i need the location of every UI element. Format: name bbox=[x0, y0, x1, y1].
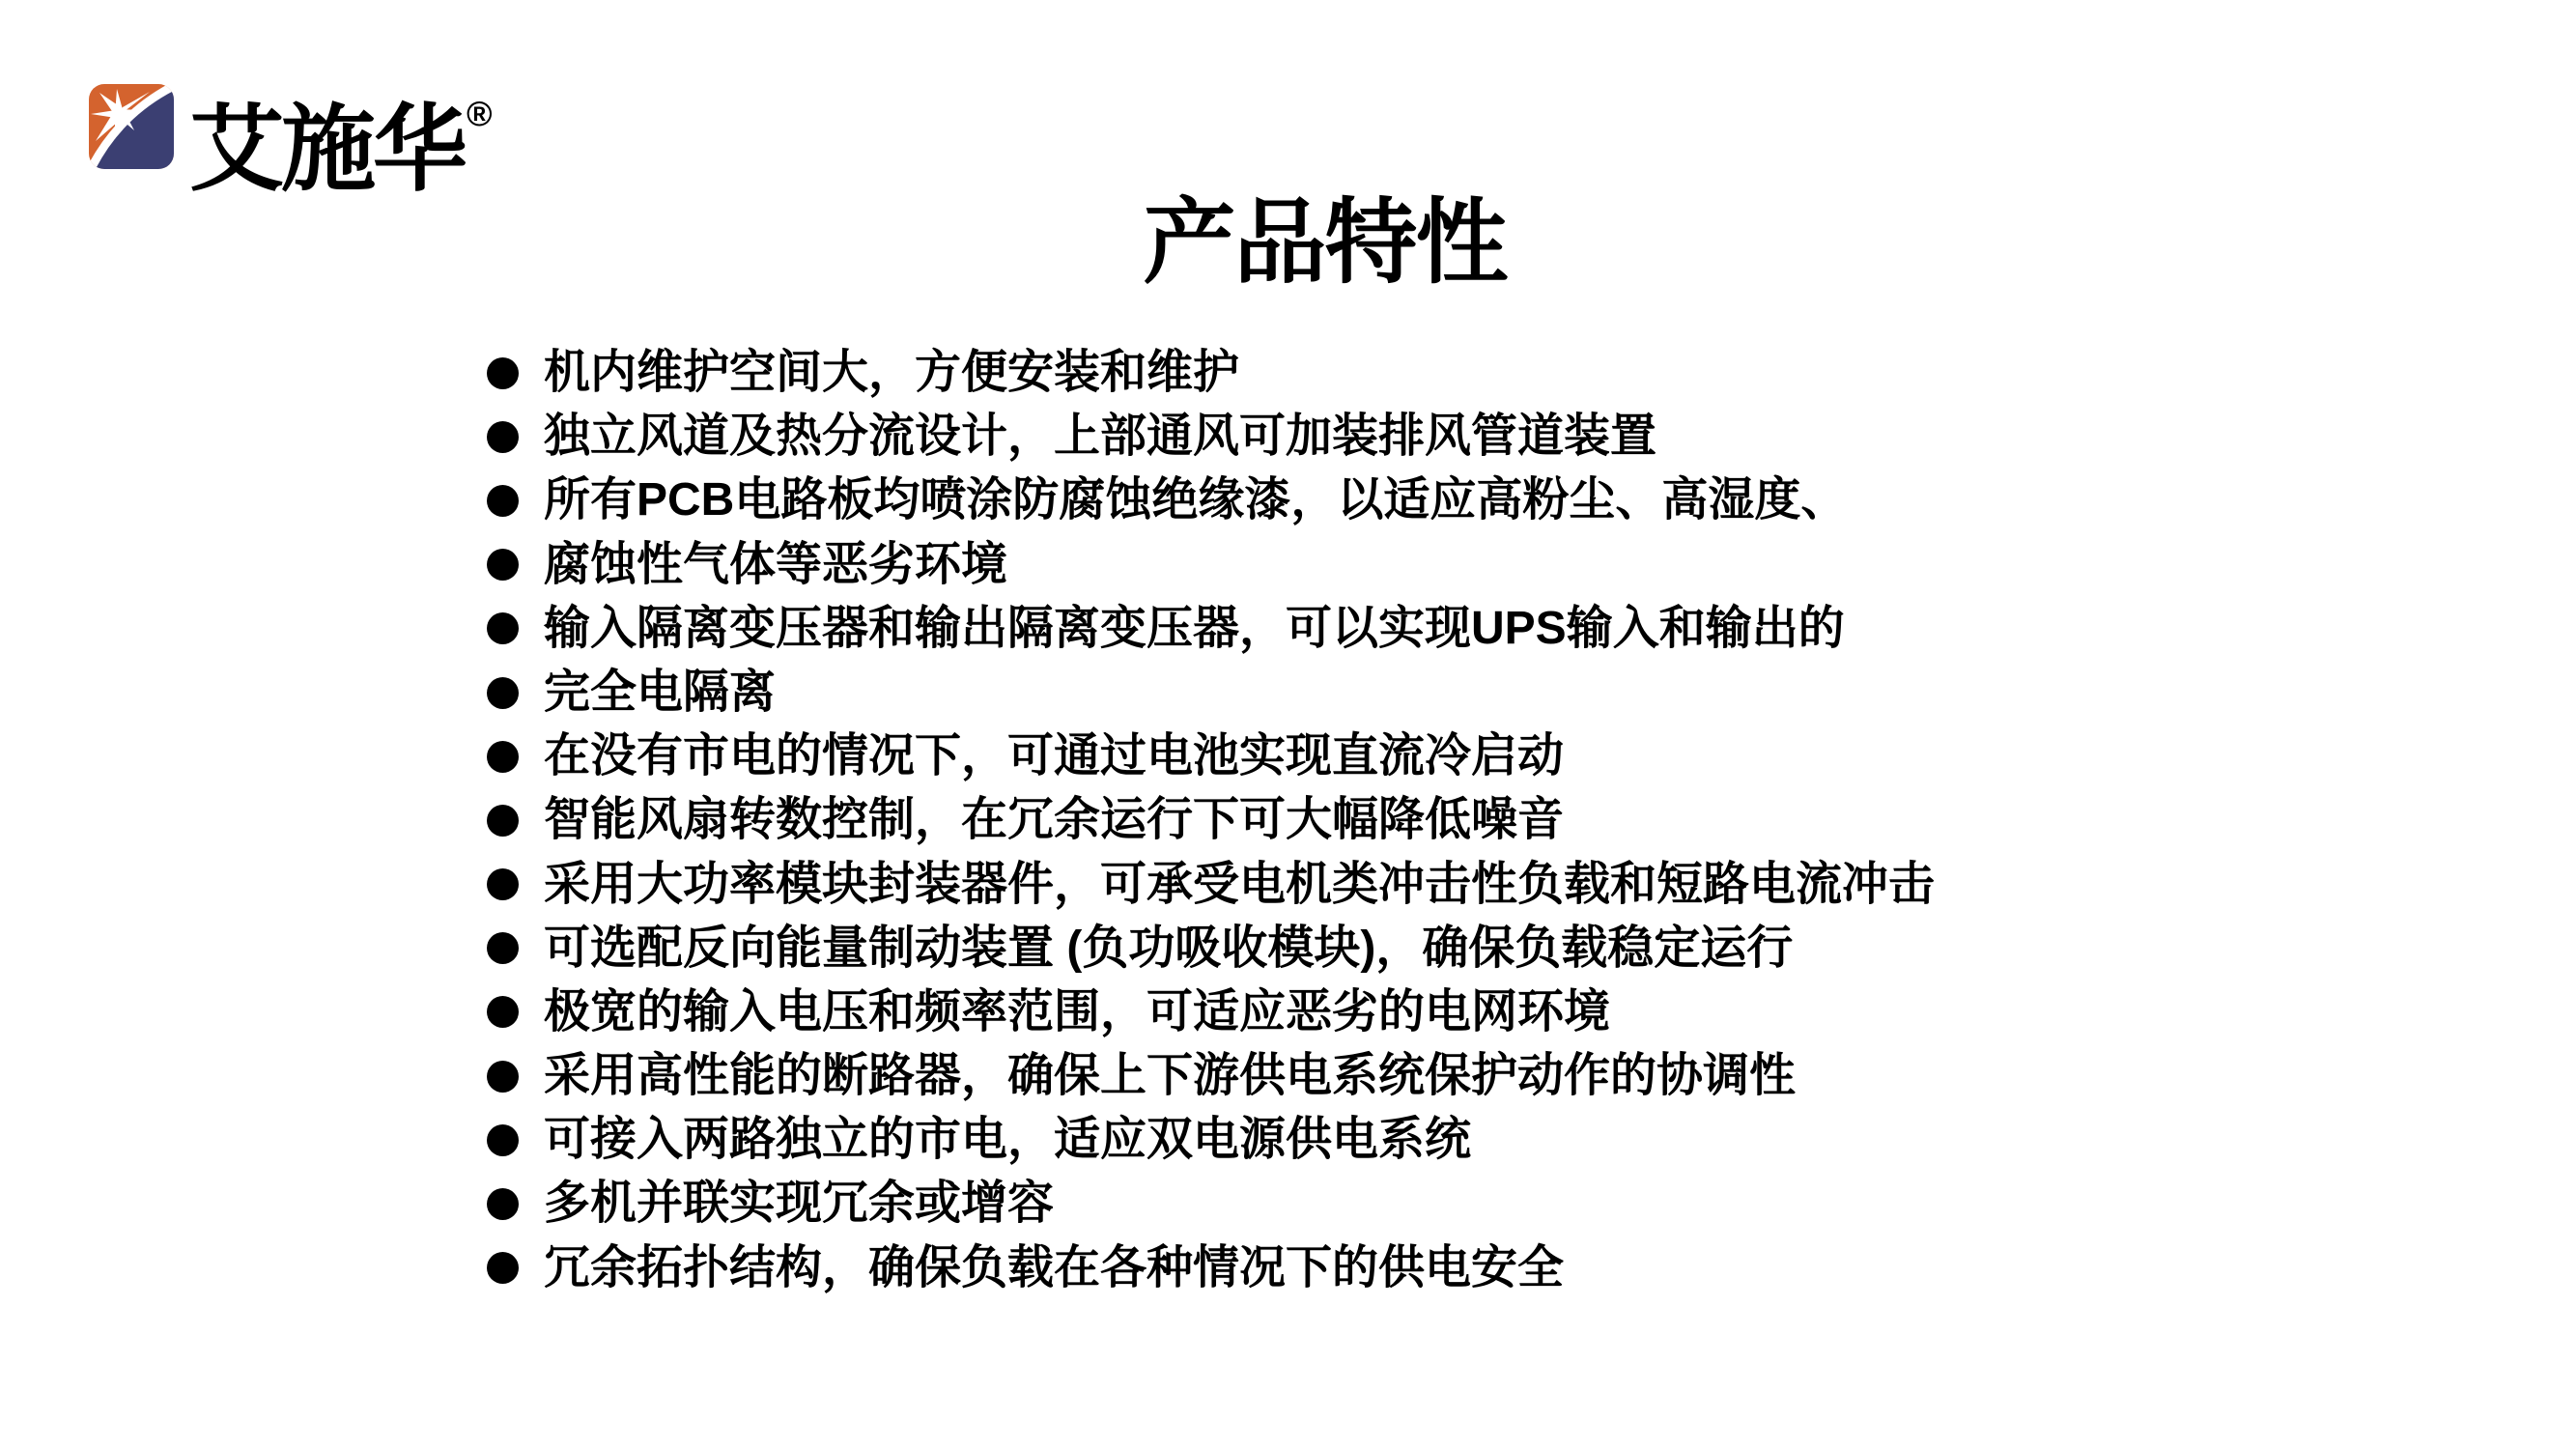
brand-logo: 艾施华® bbox=[89, 58, 493, 205]
bullet-icon bbox=[487, 932, 519, 964]
list-item: 在没有市电的情况下，可通过电池实现直流冷启动 bbox=[487, 724, 1935, 788]
feature-text: 输入隔离变压器和输出隔离变压器，可以实现UPS输入和输出的 bbox=[544, 597, 1845, 661]
bullet-icon bbox=[487, 357, 519, 389]
feature-text: 完全电隔离 bbox=[544, 661, 776, 724]
page-title: 产品特性 bbox=[73, 195, 2576, 292]
bullet-icon bbox=[487, 1188, 519, 1220]
bullet-icon bbox=[487, 421, 519, 453]
bullet-icon bbox=[487, 1124, 519, 1156]
bullet-icon bbox=[487, 996, 519, 1028]
list-item: 机内维护空间大，方便安装和维护 bbox=[487, 341, 1935, 405]
feature-text: 采用高性能的断路器，确保上下游供电系统保护动作的协调性 bbox=[544, 1044, 1796, 1108]
bullet-icon bbox=[487, 868, 519, 900]
bullet-icon bbox=[487, 677, 519, 709]
feature-text: 采用大功率模块封装器件，可承受电机类冲击性负载和短路电流冲击 bbox=[544, 853, 1935, 917]
feature-text: 冗余拓扑结构，确保负载在各种情况下的供电安全 bbox=[544, 1236, 1564, 1300]
feature-text: 可选配反向能量制动装置 (负功吸收模块)，确保负载稳定运行 bbox=[544, 917, 1793, 980]
slide: { "page": { "background": "#ffffff", "te… bbox=[0, 0, 2576, 1449]
feature-text: 机内维护空间大，方便安装和维护 bbox=[544, 341, 1239, 405]
feature-text: 极宽的输入电压和频率范围，可适应恶劣的电网环境 bbox=[544, 980, 1610, 1044]
list-item: 独立风道及热分流设计，上部通风可加装排风管道装置 bbox=[487, 405, 1935, 469]
sunburst-logo-icon bbox=[89, 84, 174, 169]
list-item: 可选配反向能量制动装置 (负功吸收模块)，确保负载稳定运行 bbox=[487, 917, 1935, 980]
bullet-icon bbox=[487, 805, 519, 837]
list-item: 采用大功率模块封装器件，可承受电机类冲击性负载和短路电流冲击 bbox=[487, 853, 1935, 917]
list-item: 极宽的输入电压和频率范围，可适应恶劣的电网环境 bbox=[487, 980, 1935, 1044]
feature-text: 多机并联实现冗余或增容 bbox=[544, 1172, 1054, 1236]
list-item: 输入隔离变压器和输出隔离变压器，可以实现UPS输入和输出的 bbox=[487, 597, 1935, 661]
feature-text: 腐蚀性气体等恶劣环境 bbox=[544, 533, 1007, 597]
brand-name: 艾施华® bbox=[189, 58, 493, 205]
bullet-icon bbox=[487, 1061, 519, 1093]
list-item: 完全电隔离 bbox=[487, 661, 1935, 724]
brand-name-text: 艾施华 bbox=[189, 96, 465, 202]
list-item: 采用高性能的断路器，确保上下游供电系统保护动作的协调性 bbox=[487, 1044, 1935, 1108]
feature-text: 在没有市电的情况下，可通过电池实现直流冷启动 bbox=[544, 724, 1564, 788]
bullet-icon bbox=[487, 485, 519, 517]
feature-text: 所有PCB电路板均喷涂防腐蚀绝缘漆，以适应高粉尘、高湿度、 bbox=[544, 469, 1847, 532]
list-item: 冗余拓扑结构，确保负载在各种情况下的供电安全 bbox=[487, 1236, 1935, 1300]
list-item: 多机并联实现冗余或增容 bbox=[487, 1172, 1935, 1236]
bullet-icon bbox=[487, 1252, 519, 1284]
feature-text: 智能风扇转数控制，在冗余运行下可大幅降低噪音 bbox=[544, 788, 1564, 852]
list-item: 所有PCB电路板均喷涂防腐蚀绝缘漆，以适应高粉尘、高湿度、 bbox=[487, 469, 1935, 532]
feature-list: 机内维护空间大，方便安装和维护 独立风道及热分流设计，上部通风可加装排风管道装置… bbox=[487, 341, 1935, 1300]
feature-text: 独立风道及热分流设计，上部通风可加装排风管道装置 bbox=[544, 405, 1656, 469]
bullet-icon bbox=[487, 612, 519, 644]
list-item: 腐蚀性气体等恶劣环境 bbox=[487, 533, 1935, 597]
bullet-icon bbox=[487, 549, 519, 581]
bullet-icon bbox=[487, 741, 519, 773]
list-item: 智能风扇转数控制，在冗余运行下可大幅降低噪音 bbox=[487, 788, 1935, 852]
feature-text: 可接入两路独立的市电，适应双电源供电系统 bbox=[544, 1108, 1471, 1172]
registered-trademark: ® bbox=[467, 94, 493, 133]
list-item: 可接入两路独立的市电，适应双电源供电系统 bbox=[487, 1108, 1935, 1172]
